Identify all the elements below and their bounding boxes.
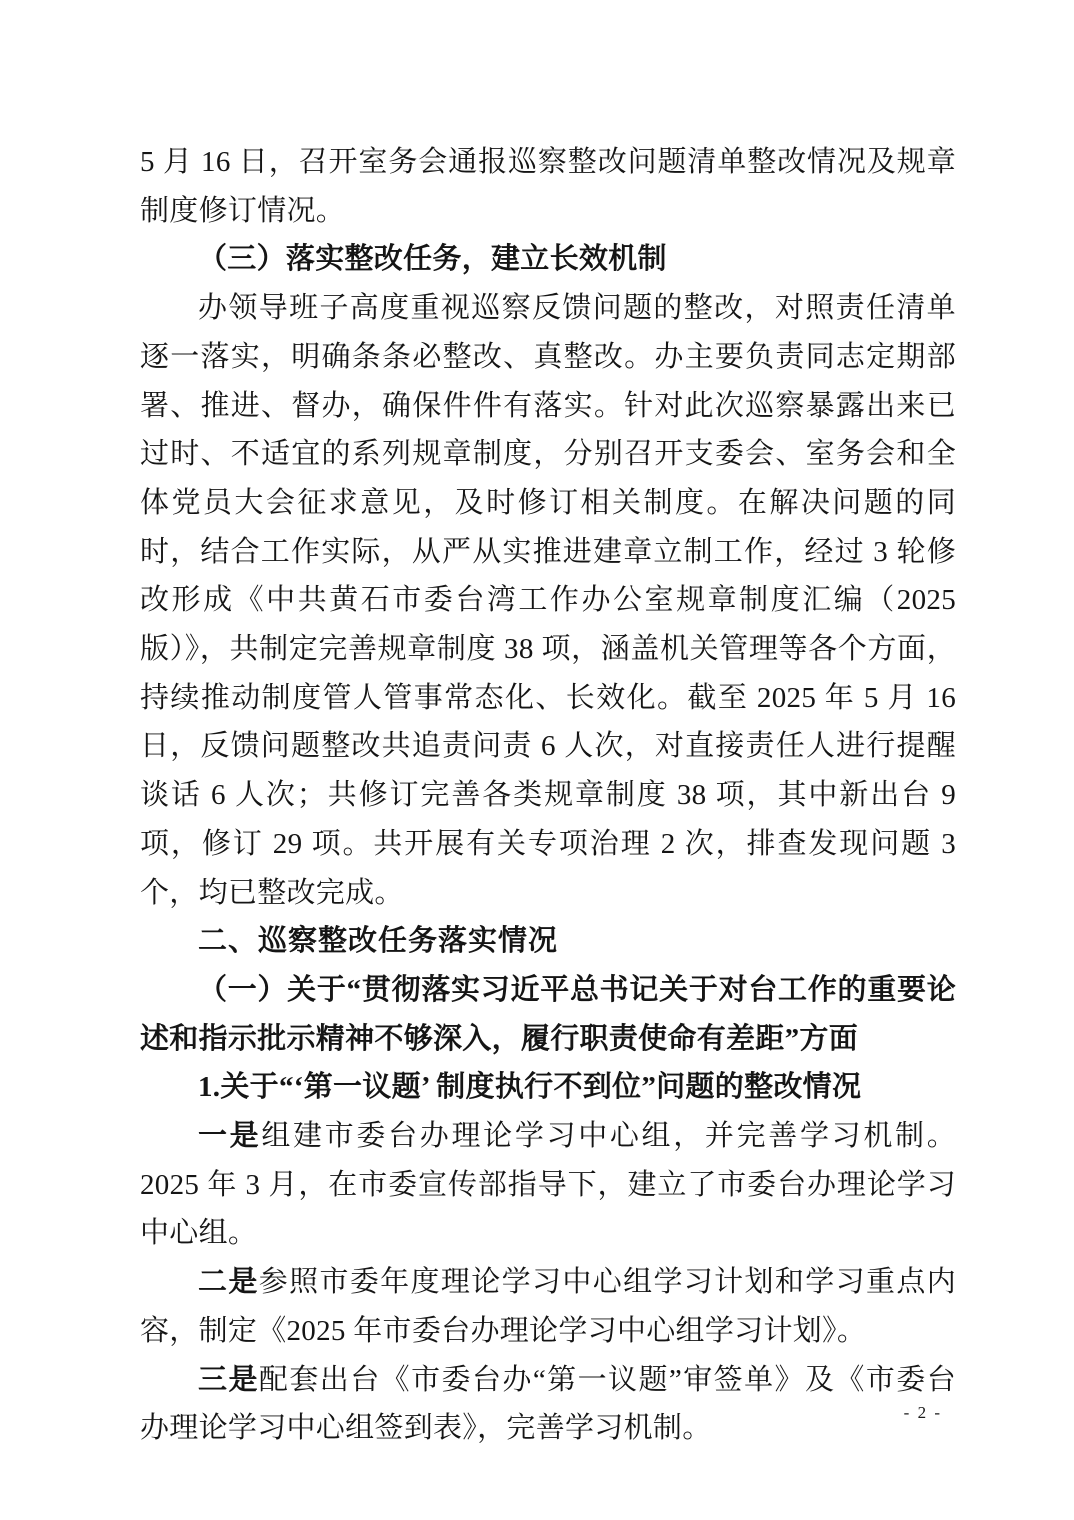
page-number: - 2 - <box>904 1403 942 1423</box>
section-heading-item-one: （一）关于“贯彻落实习近平总书记关于对台工作的重要论述和指示批示精神不够深入，履… <box>140 966 956 1063</box>
section-heading-3rd: （三）落实整改任务，建立长效机制 <box>140 235 956 284</box>
section-heading-issue-1: 1.关于“‘第一议题’ 制度执行不到位”问题的整改情况 <box>140 1063 956 1112</box>
document-body: 5 月 16 日，召开室务会通报巡察整改问题清单整改情况及规章制度修订情况。（三… <box>140 138 956 1453</box>
paragraph-measure-2: 二是参照市委年度理论学习中心组学习计划和学习重点内容，制定《2025 年市委台办… <box>140 1258 956 1355</box>
paragraph-rectification-overview: 办领导班子高度重视巡察反馈问题的整改，对照责任清单逐一落实，明确条条必整改、真整… <box>140 284 956 917</box>
paragraph-lead: 一是 <box>198 1120 261 1152</box>
paragraph-lead: 二是 <box>198 1266 259 1298</box>
document-page: 5 月 16 日，召开室务会通报巡察整改问题清单整改情况及规章制度修订情况。（三… <box>0 0 1074 1520</box>
paragraph-lead: 三是 <box>198 1364 259 1396</box>
section-heading-part-two: 二、巡察整改任务落实情况 <box>140 917 956 966</box>
paragraph-measure-1: 一是组建市委台办理论学习中心组，并完善学习机制。2025 年 3 月，在市委宣传… <box>140 1112 956 1258</box>
paragraph-measure-3: 三是配套出台《市委台办“第一议题”审签单》及《市委台办理论学习中心组签到表》，完… <box>140 1356 956 1453</box>
paragraph-continued: 5 月 16 日，召开室务会通报巡察整改问题清单整改情况及规章制度修订情况。 <box>140 138 956 235</box>
